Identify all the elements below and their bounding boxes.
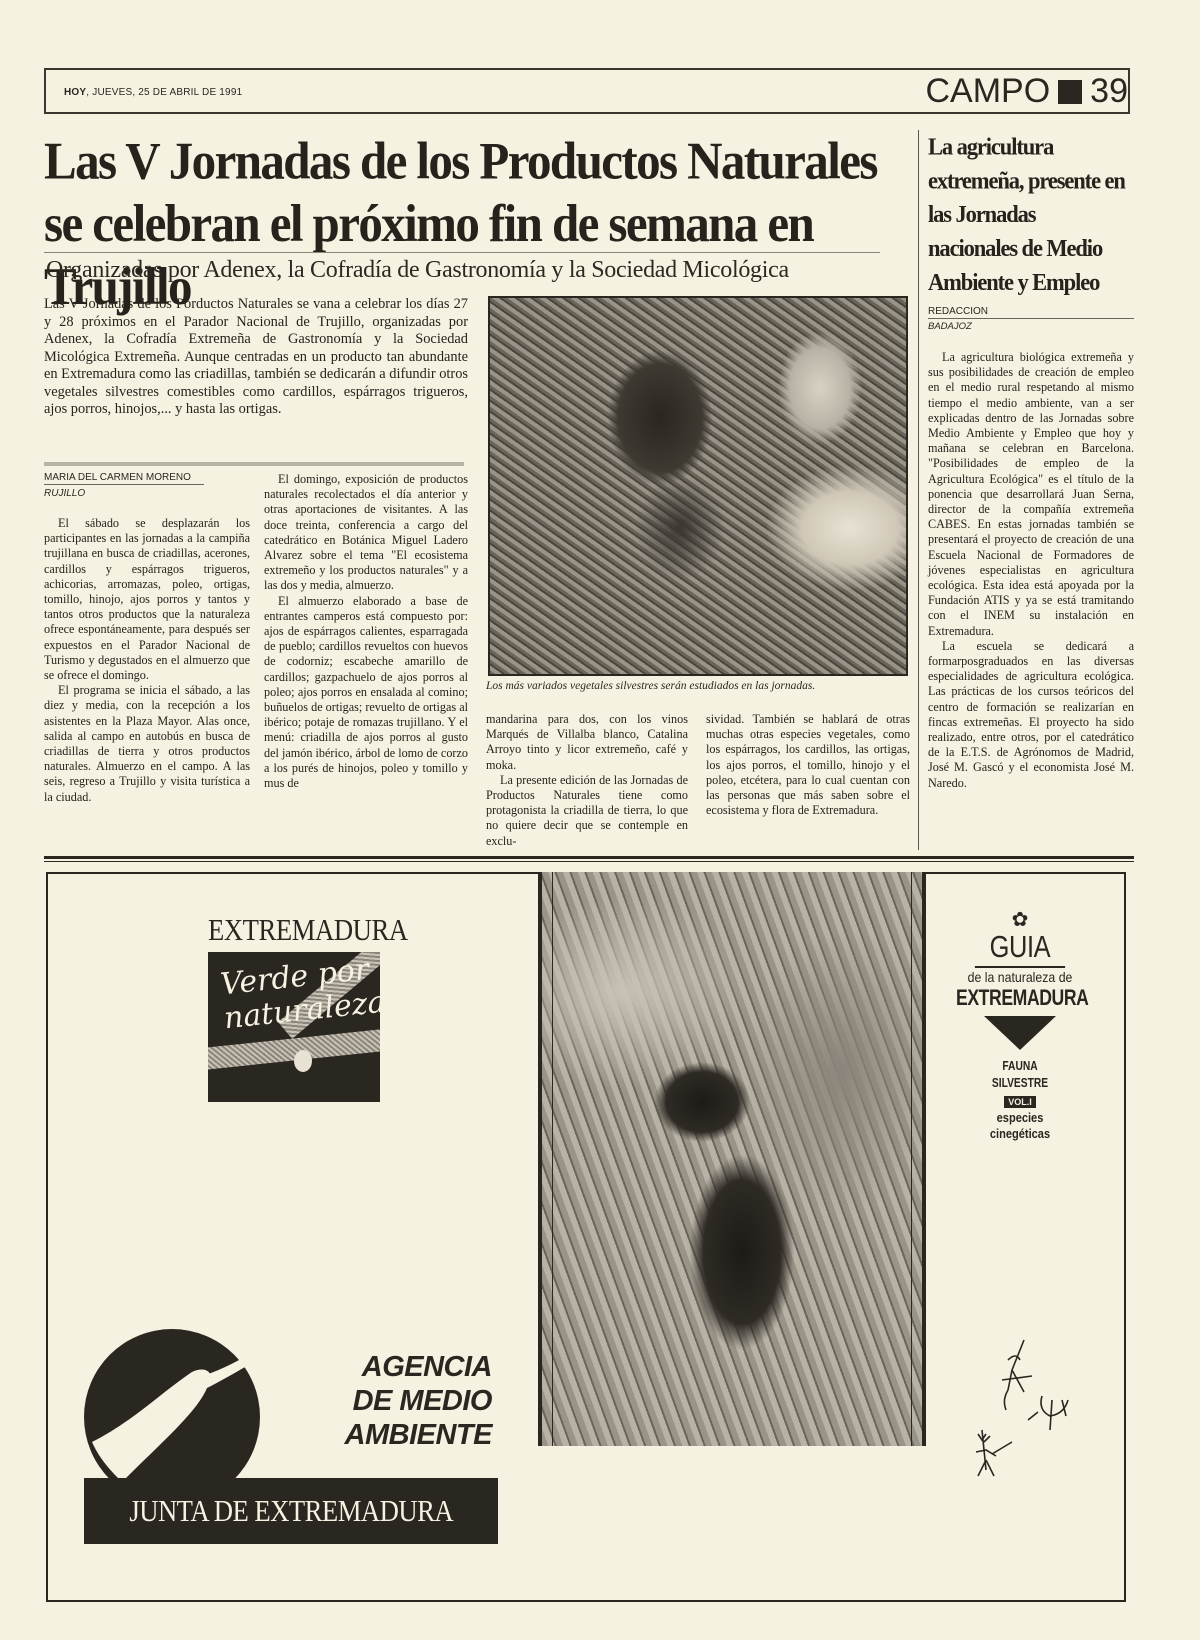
- side-headline: La agricultura extremeña, presente en la…: [928, 130, 1128, 300]
- paper-name: HOY: [64, 87, 86, 98]
- paragraph: La agricultura biológica extremeña y sus…: [928, 350, 1134, 639]
- guide-fauna: FAUNA: [954, 1058, 1085, 1075]
- section-label: CAMPO 39: [925, 72, 1128, 111]
- agency-line-1: AGENCIA: [262, 1350, 492, 1384]
- article-column-1: El sábado se desplazarán los participant…: [44, 516, 250, 805]
- side-byline: REDACCION: [928, 306, 1134, 319]
- logo-dot: [294, 1050, 312, 1072]
- byline: MARIA DEL CARMEN MORENO: [44, 472, 204, 485]
- subhead-divider: [44, 252, 880, 253]
- agency-name: AGENCIA DE MEDIO AMBIENTE: [262, 1350, 492, 1452]
- guide-silvestre: SILVESTRE: [954, 1075, 1085, 1092]
- lead-divider: [44, 462, 464, 466]
- junta-label: JUNTA DE EXTREMADURA: [129, 1493, 453, 1529]
- rock-art-figures-icon: [972, 1330, 1082, 1480]
- paragraph: sividad. También se hablará de otras muc…: [706, 712, 910, 818]
- section-name: CAMPO: [925, 72, 1050, 111]
- paragraph: El domingo, exposición de productos natu…: [264, 472, 468, 594]
- article-column-4: sividad. También se hablará de otras muc…: [706, 712, 910, 818]
- headline-line-1: Las V Jornadas de los Productos Naturale…: [44, 130, 884, 193]
- paragraph: El programa se inicia el sábado, a las d…: [44, 683, 250, 805]
- section-divider: [44, 856, 1134, 859]
- dateline: HOY, JUEVES, 25 DE ABRIL DE 1991: [64, 87, 242, 98]
- nature-guide-logo: ✿ GUIA de la naturaleza de EXTREMADURA F…: [940, 910, 1100, 1142]
- paragraph: La presente edición de las Jornadas de P…: [486, 773, 688, 849]
- agency-line-2: DE MEDIO: [262, 1384, 492, 1418]
- guide-subtitle: de la naturaleza de: [950, 968, 1091, 986]
- dateline-place: RUJILLO: [44, 488, 85, 499]
- paragraph: El sábado se desplazarán los participant…: [44, 516, 250, 683]
- square-bullet-icon: [1058, 80, 1082, 104]
- article-photo: [488, 296, 908, 676]
- logo-slogan: Verde por naturaleza: [219, 952, 380, 1036]
- paragraph: El almuerzo elaborado a base de entrante…: [264, 594, 468, 792]
- lead-paragraph: Las V Jornadas de los Porductos Naturale…: [44, 296, 468, 419]
- junta-banner: JUNTA DE EXTREMADURA: [84, 1478, 498, 1544]
- article-column-2: El domingo, exposición de productos natu…: [264, 472, 468, 791]
- section-divider-thin: [44, 861, 1134, 862]
- side-place: BADAJOZ: [928, 321, 972, 332]
- side-article-body: La agricultura biológica extremeña y sus…: [928, 350, 1134, 791]
- extremadura-logo-title: EXTREMADURA: [208, 912, 408, 948]
- issue-date: , JUEVES, 25 DE ABRIL DE 1991: [86, 87, 242, 98]
- page-number: 39: [1090, 72, 1128, 111]
- verde-por-naturaleza-logo: Verde por naturaleza: [208, 952, 380, 1102]
- paragraph: mandarina para dos, con los vinos Marqué…: [486, 712, 688, 773]
- flower-icon: ✿: [940, 910, 1100, 930]
- guide-title: GUIA: [975, 930, 1065, 968]
- triangle-down-icon: [984, 1016, 1056, 1050]
- main-headline: Las V Jornadas de los Productos Naturale…: [44, 130, 884, 318]
- mouflon-photo: [538, 872, 926, 1446]
- article-column-3: mandarina para dos, con los vinos Marqué…: [486, 712, 688, 849]
- subheadline: Organizadas por Adenex, la Cofradía de G…: [46, 255, 886, 285]
- agency-line-3: AMBIENTE: [262, 1418, 492, 1452]
- photo-caption: Los más variados vegetales silvestres se…: [486, 680, 906, 692]
- volume-badge: VOL.I: [1004, 1096, 1036, 1108]
- column-divider: [918, 130, 919, 850]
- paragraph: La escuela se dedicará a formarposgradua…: [928, 639, 1134, 791]
- guide-region: EXTREMADURA: [956, 986, 1084, 1010]
- guide-cinegeticas: cinegéticas: [952, 1126, 1088, 1142]
- photo-frame: [552, 872, 912, 1446]
- guide-species: especies: [952, 1110, 1088, 1126]
